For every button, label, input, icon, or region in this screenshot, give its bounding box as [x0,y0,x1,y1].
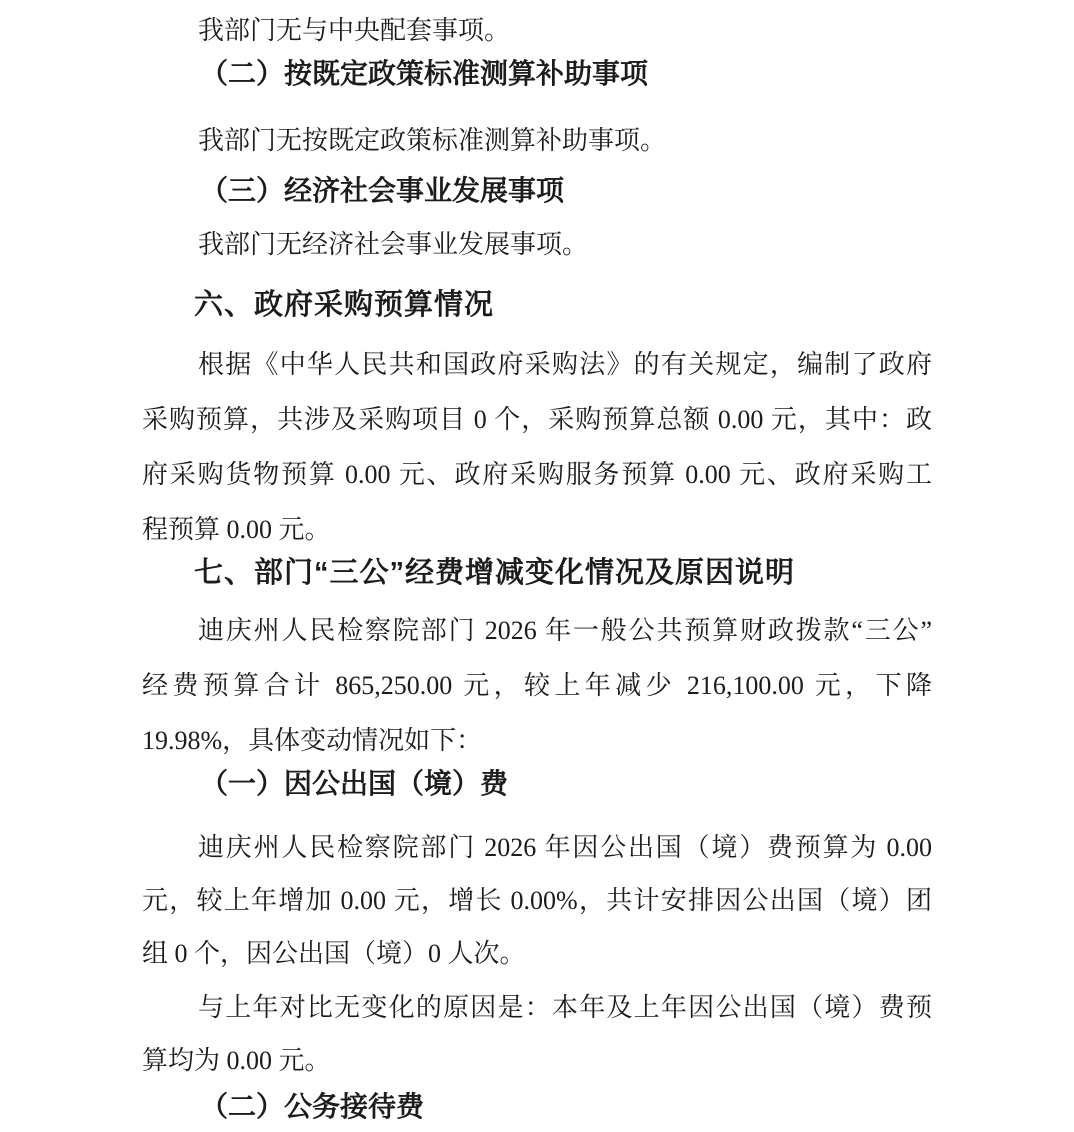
paragraph-line: 元，较上年增加 0.00 元，增长 0.00%，共计安排因公出国（境）团 [142,874,932,928]
paragraph-line: 我部门无经济社会事业发展事项。 [142,218,932,272]
paragraph-line: 与上年对比无变化的原因是：本年及上年因公出国（境）费预 [142,981,932,1035]
paragraph-line: 组 0 个，因公出国（境）0 人次。 [142,927,932,981]
paragraph-line: 府采购货物预算 0.00 元、政府采购服务预算 0.00 元、政府采购工 [142,448,932,502]
paragraph-line: 根据《中华人民共和国政府采购法》的有关规定，编制了政府 [142,338,932,392]
subsection-heading: （一）因公出国（境）费 [142,758,932,812]
section-heading: 七、部门“三公”经费增减变化情况及原因说明 [142,546,932,600]
document-page: 我部门无与中央配套事项。 （二）按既定政策标准测算补助事项 我部门无按既定政策标… [0,0,1074,1132]
paragraph-line: 迪庆州人民检察院部门 2026 年因公出国（境）费预算为 0.00 [142,821,932,875]
paragraph-line: 采购预算，共涉及采购项目 0 个，采购预算总额 0.00 元，其中：政 [142,393,932,447]
paragraph-line: 算均为 0.00 元。 [142,1034,932,1088]
subsection-heading: （三）经济社会事业发展事项 [142,165,932,219]
subsection-heading: （二）公务接待费 [142,1081,932,1132]
section-heading: 六、政府采购预算情况 [142,278,932,332]
paragraph-line: 经费预算合计 865,250.00 元，较上年减少 216,100.00 元，下… [142,659,932,713]
paragraph-line: 我部门无按既定政策标准测算补助事项。 [142,114,932,168]
subsection-heading: （二）按既定政策标准测算补助事项 [142,48,932,102]
paragraph-line: 迪庆州人民检察院部门 2026 年一般公共预算财政拨款“三公” [142,604,932,658]
